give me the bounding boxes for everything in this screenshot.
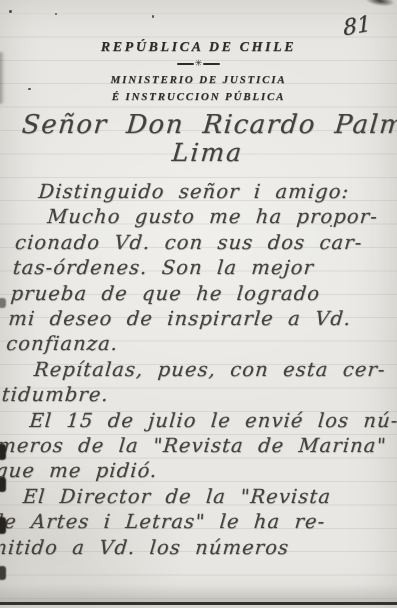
divider-rule-right xyxy=(203,63,220,65)
letterhead-ministry-line2: É INSTRUCCION PÚBLICA xyxy=(0,91,397,103)
letter-line: tidumbre. xyxy=(1,382,393,407)
letter-line: meros de la "Revista de Marina" xyxy=(0,433,388,458)
letter-line: El 15 de julio le envié los nú- xyxy=(0,408,391,433)
binding-mark xyxy=(0,477,6,492)
letter-line: prueba de que he logrado xyxy=(10,281,397,306)
handwritten-letter: Señor Don Ricardo Palma Lima Distinguido… xyxy=(4,110,394,560)
bottom-scan-shadow xyxy=(0,584,397,602)
ink-speck xyxy=(28,88,31,90)
ink-speck xyxy=(330,225,332,227)
binding-mark xyxy=(0,298,6,308)
recipient-city: Lima xyxy=(3,138,396,167)
salutation-line: Distinguido señor i amigo: xyxy=(18,179,397,204)
letter-line: confianza. xyxy=(5,331,397,356)
divider-rule-left xyxy=(177,63,194,65)
letter-line: Mucho gusto me ha propor- xyxy=(16,204,397,229)
bottom-scan-edge xyxy=(0,602,397,605)
star-ornament-icon: ✳ xyxy=(195,60,203,69)
page-number: 81 xyxy=(342,12,371,42)
letter-line: que me pidió. xyxy=(0,458,386,483)
binding-mark xyxy=(0,444,6,460)
scanned-letter-page: 81 REPÚBLICA DE CHILE ✳ MINISTERIO DE JU… xyxy=(0,0,397,608)
letter-line: de Artes i Letras" le ha re- xyxy=(0,509,382,534)
ink-speck xyxy=(9,10,12,13)
letter-line: cionado Vd. con sus dos car- xyxy=(14,230,397,255)
letter-line: Repítalas, pues, con esta cer- xyxy=(3,357,395,382)
letter-line: mi deseo de inspirarle a Vd. xyxy=(7,306,397,331)
recipient-line: Señor Don Ricardo Palma xyxy=(3,110,396,140)
letter-line: El Director de la "Revista xyxy=(0,484,384,509)
letter-line: tas-órdenes. Son la mejor xyxy=(12,255,397,280)
ink-speck xyxy=(55,13,57,15)
left-edge-smudge xyxy=(0,52,5,104)
letterhead-country: REPÚBLICA DE CHILE xyxy=(0,40,397,56)
top-right-smudge xyxy=(364,0,395,8)
letter-body: Distinguido señor i amigo: Mucho gusto m… xyxy=(0,179,397,560)
ink-speck xyxy=(152,15,154,18)
binding-mark xyxy=(0,517,6,534)
binding-mark xyxy=(0,566,6,580)
letterhead: REPÚBLICA DE CHILE ✳ MINISTERIO DE JUSTI… xyxy=(0,40,397,103)
letterhead-ministry-line1: MINISTERIO DE JUSTICIA xyxy=(0,74,397,86)
letter-line: mitido a Vd. los números xyxy=(0,535,380,560)
letterhead-divider: ✳ xyxy=(0,59,397,69)
